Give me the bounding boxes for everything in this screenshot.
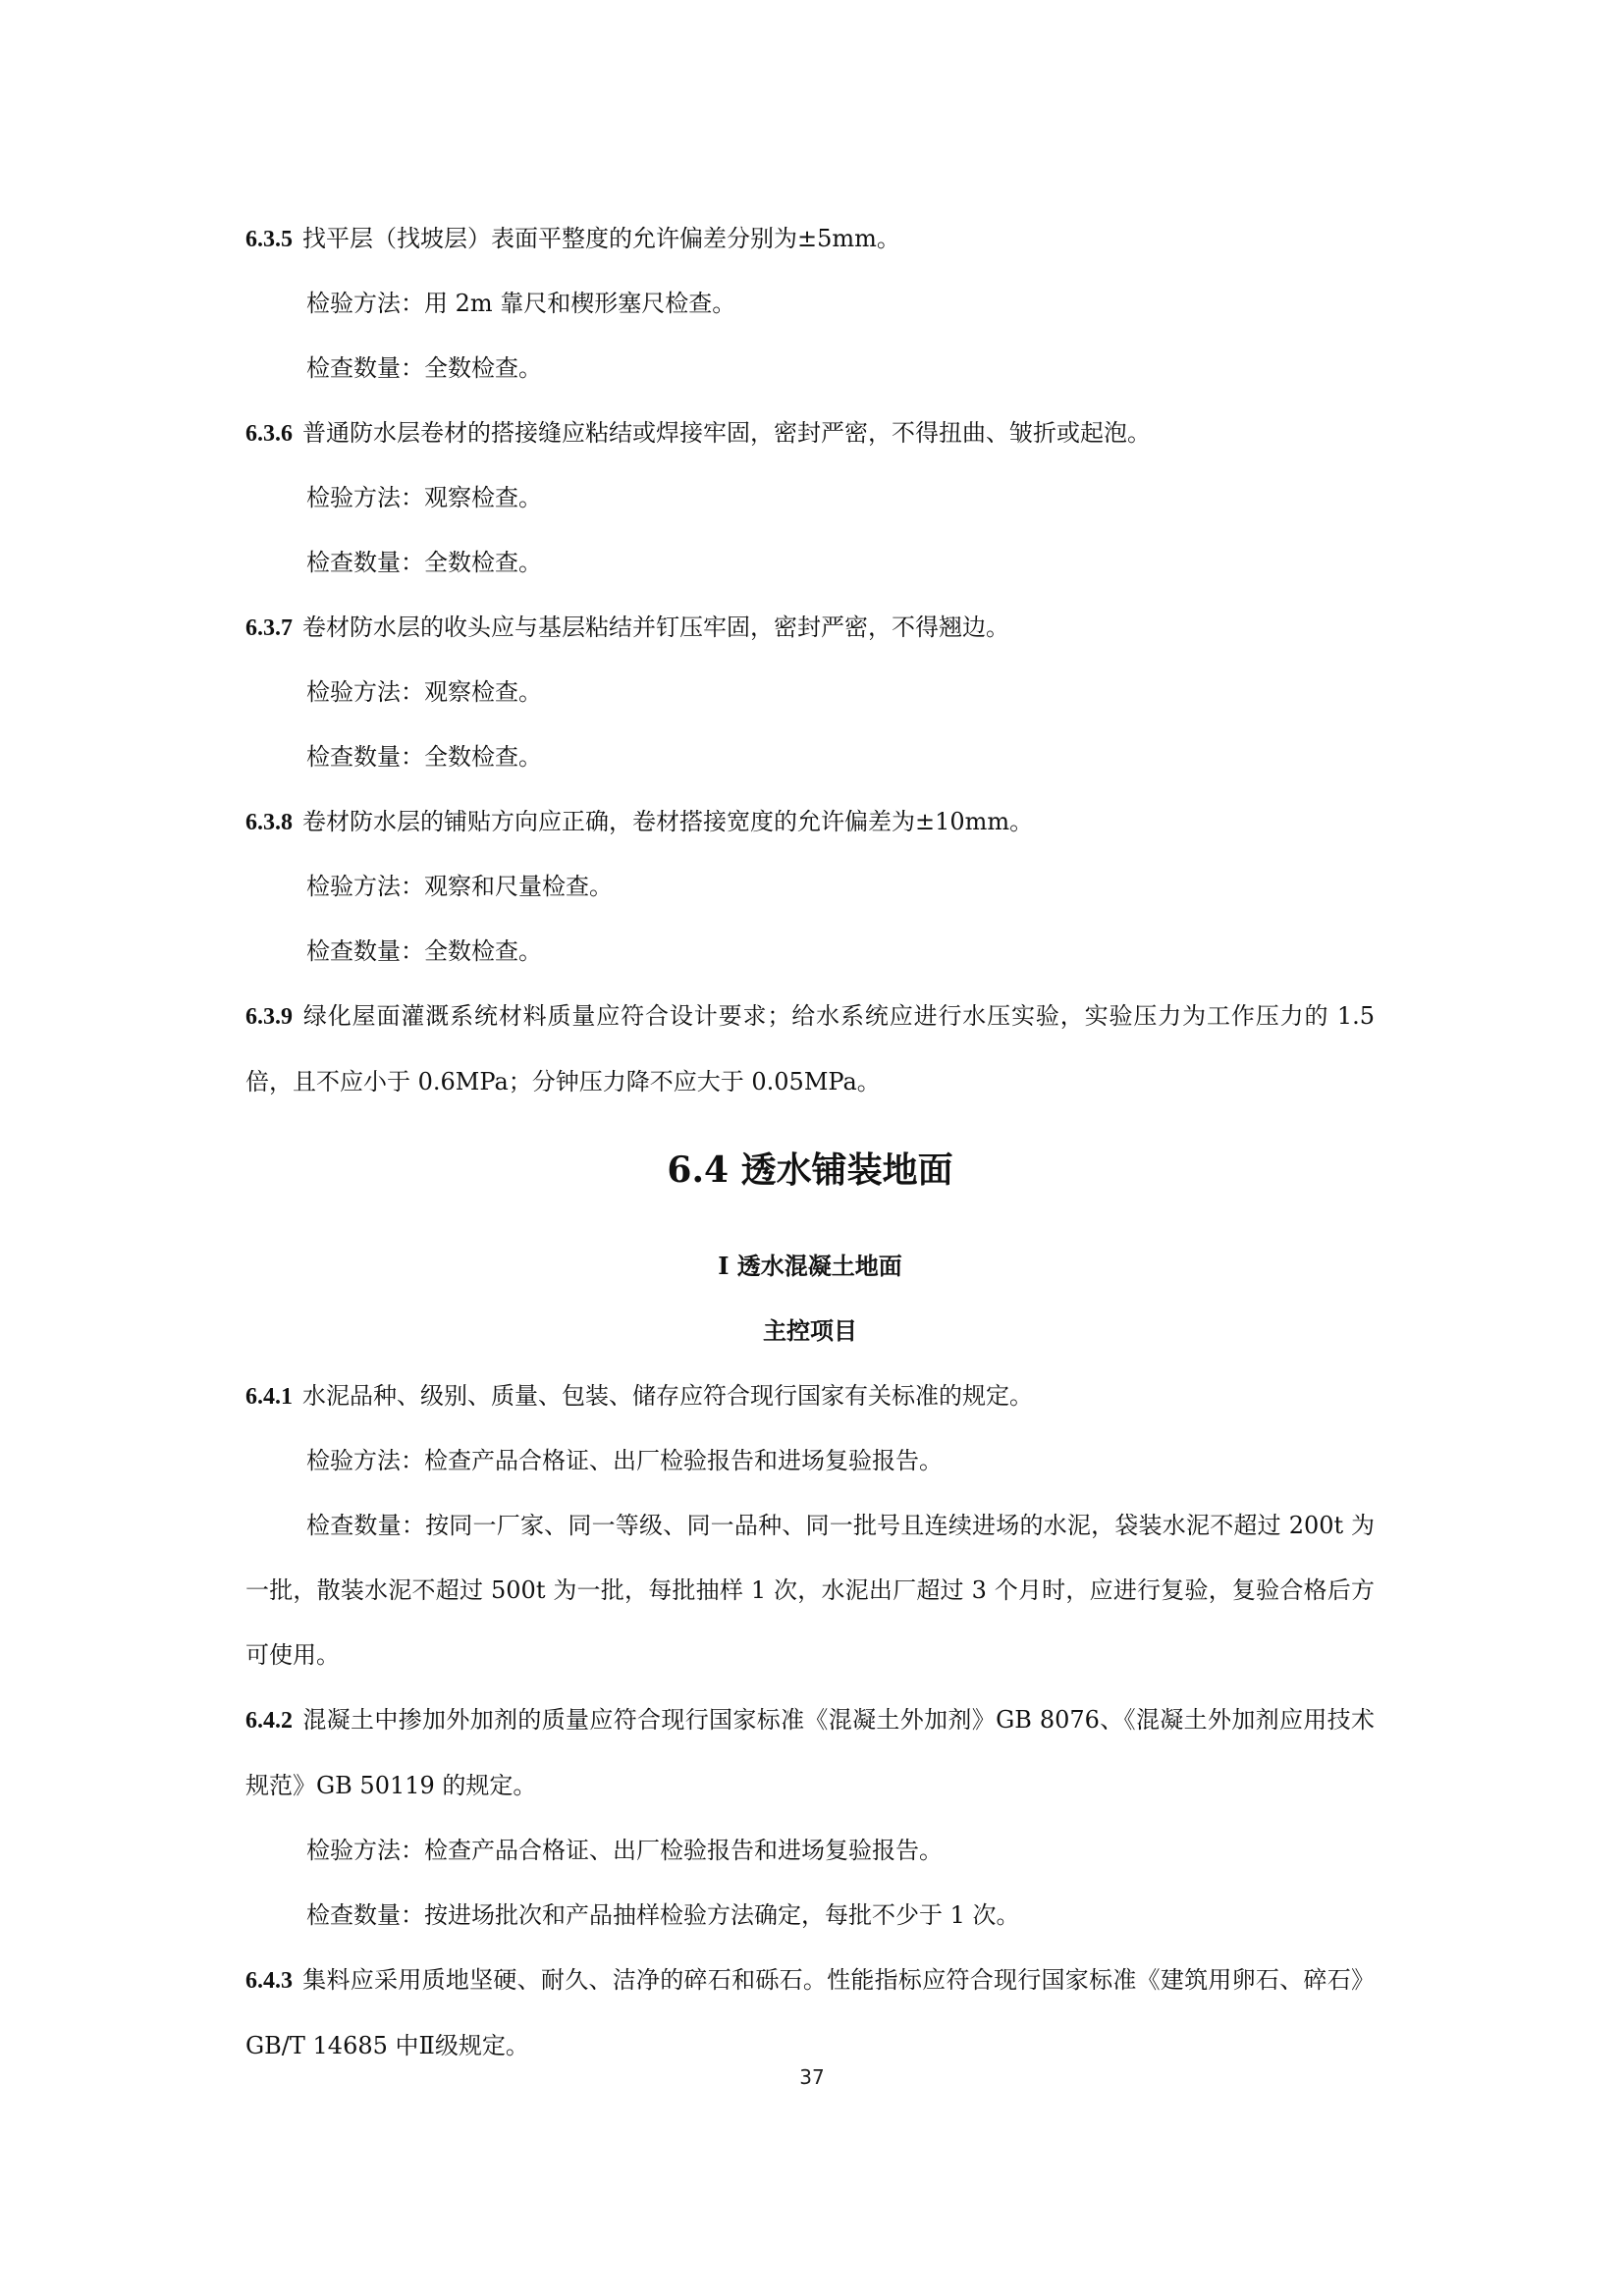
clause-number: 6.4.1 <box>245 1384 293 1410</box>
clause-number: 6.3.9 <box>245 1004 293 1030</box>
clause-6-3-9: 6.3.9绿化屋面灌溉系统材料质量应符合设计要求；给水系统应进行水压实验，实验压… <box>245 984 1375 1114</box>
inspection-method: 检验方法：用 2m 靠尺和楔形塞尺检查。 <box>245 271 1375 336</box>
inspection-quantity: 检查数量：按进场批次和产品抽样检验方法确定，每批不少于 1 次。 <box>245 1883 1375 1948</box>
inspection-method: 检验方法：观察和尺量检查。 <box>245 854 1375 919</box>
clause-6-4-2: 6.4.2混凝土中掺加外加剂的质量应符合现行国家标准《混凝土外加剂》GB 807… <box>245 1687 1375 1818</box>
inspection-quantity: 检查数量：按同一厂家、同一等级、同一品种、同一批号且连续进场的水泥，袋装水泥不超… <box>245 1493 1375 1687</box>
clause-text: 找平层（找坡层）表面平整度的允许偏差分别为±5mm。 <box>302 225 900 252</box>
inspection-quantity: 检查数量：全数检查。 <box>245 336 1375 400</box>
inspection-quantity: 检查数量：全数检查。 <box>245 530 1375 595</box>
inspection-quantity: 检查数量：全数检查。 <box>245 724 1375 789</box>
clause-number: 6.3.6 <box>245 421 293 447</box>
inspection-method: 检验方法：观察检查。 <box>245 660 1375 724</box>
clause-text: 集料应采用质地坚硬、耐久、洁净的碎石和砾石。性能指标应符合现行国家标准《建筑用卵… <box>245 1966 1375 2059</box>
inspection-method: 检验方法：检查产品合格证、出厂检验报告和进场复验报告。 <box>245 1428 1375 1493</box>
inspection-quantity: 检查数量：全数检查。 <box>245 919 1375 984</box>
clause-6-3-8: 6.3.8卷材防水层的铺贴方向应正确，卷材搭接宽度的允许偏差为±10mm。 <box>245 789 1375 854</box>
clause-6-4-3: 6.4.3集料应采用质地坚硬、耐久、洁净的碎石和砾石。性能指标应符合现行国家标准… <box>245 1948 1375 2078</box>
clause-number: 6.4.3 <box>245 1968 293 1994</box>
subsection-subheading: 主控项目 <box>245 1299 1375 1363</box>
clause-text: 水泥品种、级别、质量、包装、储存应符合现行国家有关标准的规定。 <box>302 1382 1033 1410</box>
clause-6-3-6: 6.3.6普通防水层卷材的搭接缝应粘结或焊接牢固，密封严密，不得扭曲、皱折或起泡… <box>245 400 1375 465</box>
clause-text: 普通防水层卷材的搭接缝应粘结或焊接牢固，密封严密，不得扭曲、皱折或起泡。 <box>302 419 1151 447</box>
clause-text: 混凝土中掺加外加剂的质量应符合现行国家标准《混凝土外加剂》GB 8076、《混凝… <box>245 1706 1375 1799</box>
page-number: 37 <box>0 2065 1624 2089</box>
inspection-method: 检验方法：观察检查。 <box>245 465 1375 530</box>
clause-6-3-5: 6.3.5找平层（找坡层）表面平整度的允许偏差分别为±5mm。 <box>245 206 1375 271</box>
subsection-heading: I 透水混凝土地面 <box>245 1234 1375 1299</box>
clause-6-3-7: 6.3.7卷材防水层的收头应与基层粘结并钉压牢固，密封严密，不得翘边。 <box>245 595 1375 660</box>
document-page: 6.3.5找平层（找坡层）表面平整度的允许偏差分别为±5mm。 检验方法：用 2… <box>245 206 1375 2078</box>
clause-number: 6.3.7 <box>245 615 293 641</box>
clause-text: 绿化屋面灌溉系统材料质量应符合设计要求；给水系统应进行水压实验，实验压力为工作压… <box>245 1002 1375 1095</box>
clause-number: 6.3.5 <box>245 227 293 252</box>
clause-number: 6.4.2 <box>245 1708 293 1734</box>
section-heading-6-4: 6.4 透水铺装地面 <box>245 1114 1375 1234</box>
inspection-method: 检验方法：检查产品合格证、出厂检验报告和进场复验报告。 <box>245 1818 1375 1883</box>
clause-6-4-1: 6.4.1水泥品种、级别、质量、包装、储存应符合现行国家有关标准的规定。 <box>245 1363 1375 1428</box>
clause-number: 6.3.8 <box>245 810 293 835</box>
clause-text: 卷材防水层的铺贴方向应正确，卷材搭接宽度的允许偏差为±10mm。 <box>302 808 1033 835</box>
clause-text: 卷材防水层的收头应与基层粘结并钉压牢固，密封严密，不得翘边。 <box>302 614 1009 641</box>
